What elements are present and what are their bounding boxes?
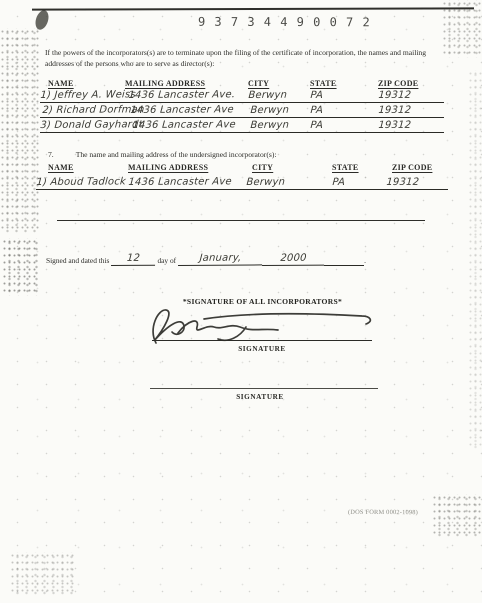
item-7-text: The name and mailing address of the unde… [76,150,277,159]
signature-scribble [146,303,378,345]
cell-state: PA [310,105,323,116]
scan-blob [33,9,51,32]
dated-line: Signed and dated this 12 day of January,… [46,252,366,266]
cell-zip: 19312 [386,177,420,188]
scan-noise-right [432,494,482,538]
signature-label-1: SIGNATURE [152,345,372,353]
form-number: (DOS FORM 0002-1098) [328,509,438,517]
signature-line-1 [152,340,372,341]
day-field: 12 [111,252,156,266]
table-row: 2) Richard Dorfman 1436 Lancaster Ave Be… [40,102,444,118]
cell-address: 1436 Lancaster Ave. [128,89,236,101]
table-row: 1) Jeffrey A. Weiss 1436 Lancaster Ave. … [40,87,444,103]
scan-noise-left-lower [2,238,38,296]
column-header-address: MAILING ADDRESS [128,163,208,172]
item-7-number: 7. [48,150,54,159]
cell-zip: 19312 [378,90,412,101]
dated-middle: day of [157,256,176,266]
cell-address: 1436 Lancaster Ave [132,119,236,131]
cell-state: PA [310,120,323,131]
dated-terminator: . [364,256,366,266]
column-header-zip: ZIP CODE [392,163,432,172]
table-row: 3) Donald Gayhardt 1436 Lancaster Ave Be… [40,117,444,133]
column-header-city: CITY [252,163,273,172]
cell-name: 3) Donald Gayhardt [40,119,143,131]
intro-paragraph: If the powers of the incorporators(s) ar… [45,47,443,70]
signature-label-2: SIGNATURE [150,393,370,401]
month-field: January, [178,251,263,266]
cell-name: 1) Jeffrey A. Weiss [40,89,136,101]
column-header-name: NAME [48,163,74,172]
column-header-state: STATE [332,163,359,172]
trailing-blank-line [324,252,364,266]
cell-city: Berwyn [248,90,287,101]
signature-line-2 [150,388,378,389]
cell-city: Berwyn [250,120,289,131]
cell-zip: 19312 [378,120,412,131]
cell-state: PA [310,90,323,101]
cell-name: 1) Aboud Tadlock [36,176,126,188]
cell-address: 1436 Lancaster Ave [128,176,232,188]
cell-address: 1436 Lancaster Ave [130,104,234,116]
table-row: 1) Aboud Tadlock 1436 Lancaster Ave Berw… [36,174,448,190]
dated-prefix: Signed and dated this [46,256,109,266]
incorporators-table: NAME MAILING ADDRESS CITY STATE ZIP CODE… [0,163,482,228]
year-field: 2000 [262,252,325,266]
item-7: 7.The name and mailing address of the un… [48,150,276,159]
blank-row-line [57,220,425,221]
cell-city: Berwyn [246,177,285,188]
cell-state: PA [332,177,345,188]
scanned-document-page: 9 3 7 3 4 4 9 0 0 7 2 If the powers of t… [0,0,482,603]
stamp-number: 9 3 7 3 4 4 9 0 0 7 2 [198,15,371,30]
cell-zip: 19312 [378,105,412,116]
directors-table: NAME MAILING ADDRESS CITY STATE ZIP CODE… [0,79,482,134]
cell-city: Berwyn [250,105,289,116]
scan-noise-bottom-left [10,552,76,596]
top-border-line [32,7,474,10]
